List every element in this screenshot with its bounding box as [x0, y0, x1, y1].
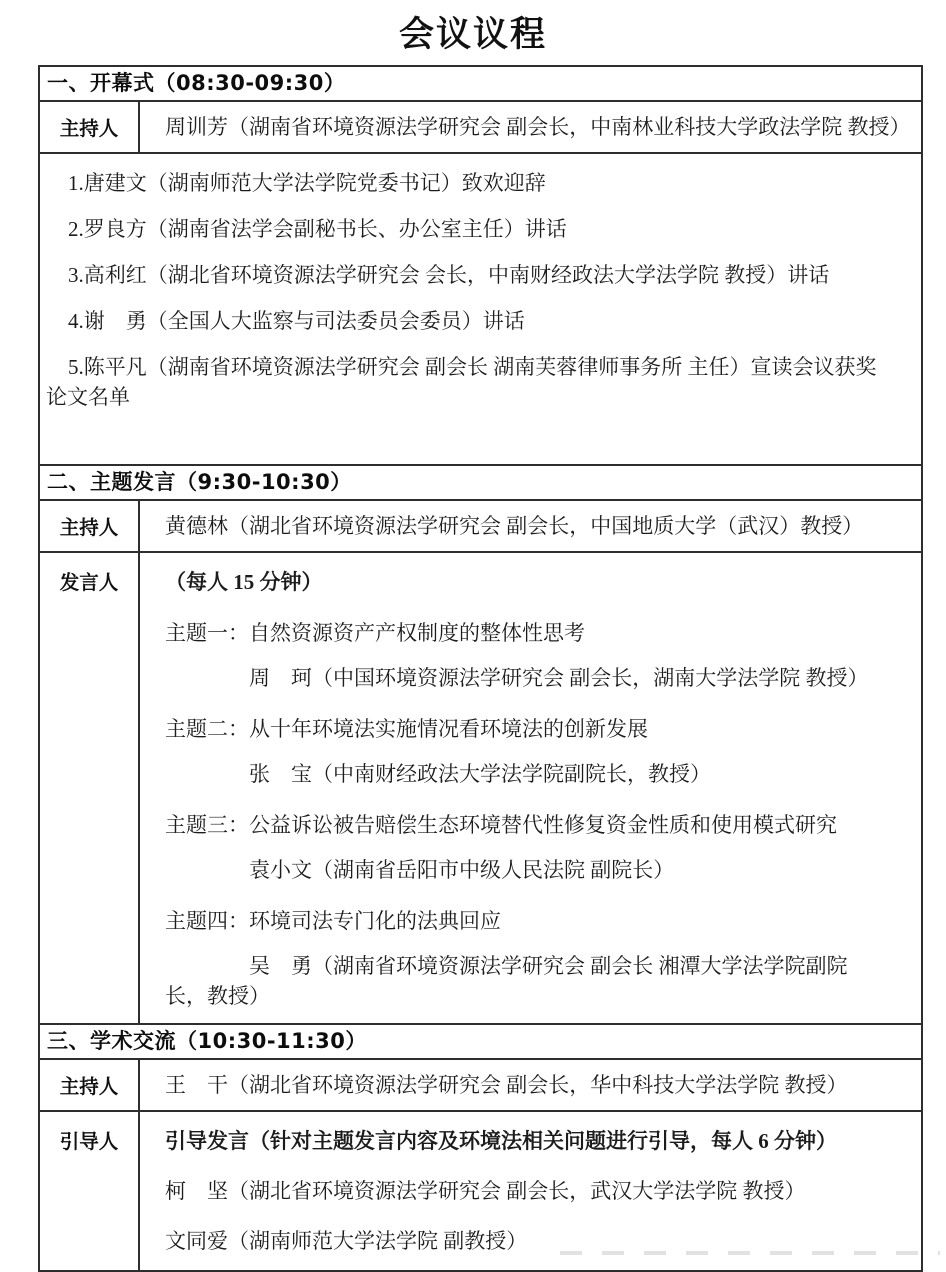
topic-3-speaker: 袁小文（湖南省岳阳市中级人民法院 副院长） — [165, 855, 913, 885]
section-3-guide-label: 引导人 — [40, 1112, 140, 1270]
topic-4-speaker: 吴 勇（湖南省环境资源法学研究会 副会长 湘潭大学法学院副院长，教授） — [165, 951, 865, 1011]
section-2-speakers-content: （每人 15 分钟） 主题一：自然资源资产产权制度的整体性思考 周 珂（中国环境… — [140, 553, 921, 1023]
section-1-header: 一、开幕式（08:30-09:30） — [40, 67, 921, 100]
section-2-host-label: 主持人 — [40, 501, 140, 551]
section-3-header: 三、学术交流（10:30-11:30） — [40, 1023, 921, 1058]
section-2-host-row: 主持人 黄德林（湖北省环境资源法学研究会 副会长，中国地质大学（武汉）教授） — [40, 499, 921, 551]
section-1-host-name: 周训芳（湖南省环境资源法学研究会 副会长，中南林业科技大学政法学院 教授） — [140, 102, 921, 152]
scan-artifact — [560, 1251, 940, 1255]
agenda-table: 一、开幕式（08:30-09:30） 主持人 周训芳（湖南省环境资源法学研究会 … — [38, 65, 923, 1272]
page-title: 会议议程 — [0, 0, 946, 63]
topic-2-title: 主题二：从十年环境法实施情况看环境法的创新发展 — [165, 714, 913, 744]
agenda-page: 会议议程 一、开幕式（08:30-09:30） 主持人 周训芳（湖南省环境资源法… — [0, 0, 946, 63]
section-3-guide-row: 引导人 引导发言（针对主题发言内容及环境法相关问题进行引导，每人 6 分钟） 柯… — [40, 1110, 921, 1270]
section-2-speakers-row: 发言人 （每人 15 分钟） 主题一：自然资源资产产权制度的整体性思考 周 珂（… — [40, 551, 921, 1023]
section-3-host-row: 主持人 王 干（湖北省环境资源法学研究会 副会长，华中科技大学法学院 教授） — [40, 1058, 921, 1110]
agenda-item-4: 4.谢 勇（全国人大监察与司法委员会委员）讲话 — [46, 306, 915, 336]
agenda-item-2: 2.罗良方（湖南省法学会副秘书长、办公室主任）讲话 — [46, 214, 915, 244]
agenda-item-5: 5.陈平凡（湖南省环境资源法学研究会 副会长 湖南芙蓉律师事务所 主任）宣读会议… — [46, 352, 881, 412]
section-2-header: 二、主题发言（9:30-10:30） — [40, 464, 921, 499]
section-3-guide-content: 引导发言（针对主题发言内容及环境法相关问题进行引导，每人 6 分钟） 柯 坚（湖… — [140, 1112, 921, 1270]
topic-1-title: 主题一：自然资源资产产权制度的整体性思考 — [165, 618, 913, 648]
agenda-item-3: 3.高利红（湖北省环境资源法学研究会 会长，中南财经政法大学法学院 教授）讲话 — [46, 260, 915, 290]
section-1-items: 1.唐建文（湖南师范大学法学院党委书记）致欢迎辞 2.罗良方（湖南省法学会副秘书… — [40, 152, 921, 464]
section-3-host-name: 王 干（湖北省环境资源法学研究会 副会长，华中科技大学法学院 教授） — [140, 1060, 921, 1110]
section-1-host-row: 主持人 周训芳（湖南省环境资源法学研究会 副会长，中南林业科技大学政法学院 教授… — [40, 100, 921, 152]
per-person-note: （每人 15 分钟） — [165, 567, 913, 597]
section-1-host-label: 主持人 — [40, 102, 140, 152]
guide-intro: 引导发言（针对主题发言内容及环境法相关问题进行引导，每人 6 分钟） — [165, 1126, 913, 1156]
guide-speaker-1: 柯 坚（湖北省环境资源法学研究会 副会长，武汉大学法学院 教授） — [165, 1176, 913, 1206]
topic-1-speaker: 周 珂（中国环境资源法学研究会 副会长，湖南大学法学院 教授） — [165, 663, 913, 693]
topic-3-title: 主题三：公益诉讼被告赔偿生态环境替代性修复资金性质和使用模式研究 — [165, 810, 913, 840]
topic-4-title: 主题四：环境司法专门化的法典回应 — [165, 906, 913, 936]
section-2-host-name: 黄德林（湖北省环境资源法学研究会 副会长，中国地质大学（武汉）教授） — [140, 501, 921, 551]
topic-2-speaker: 张 宝（中南财经政法大学法学院副院长，教授） — [165, 759, 913, 789]
section-2-speaker-label: 发言人 — [40, 553, 140, 1023]
section-3-host-label: 主持人 — [40, 1060, 140, 1110]
agenda-item-1: 1.唐建文（湖南师范大学法学院党委书记）致欢迎辞 — [46, 168, 915, 198]
